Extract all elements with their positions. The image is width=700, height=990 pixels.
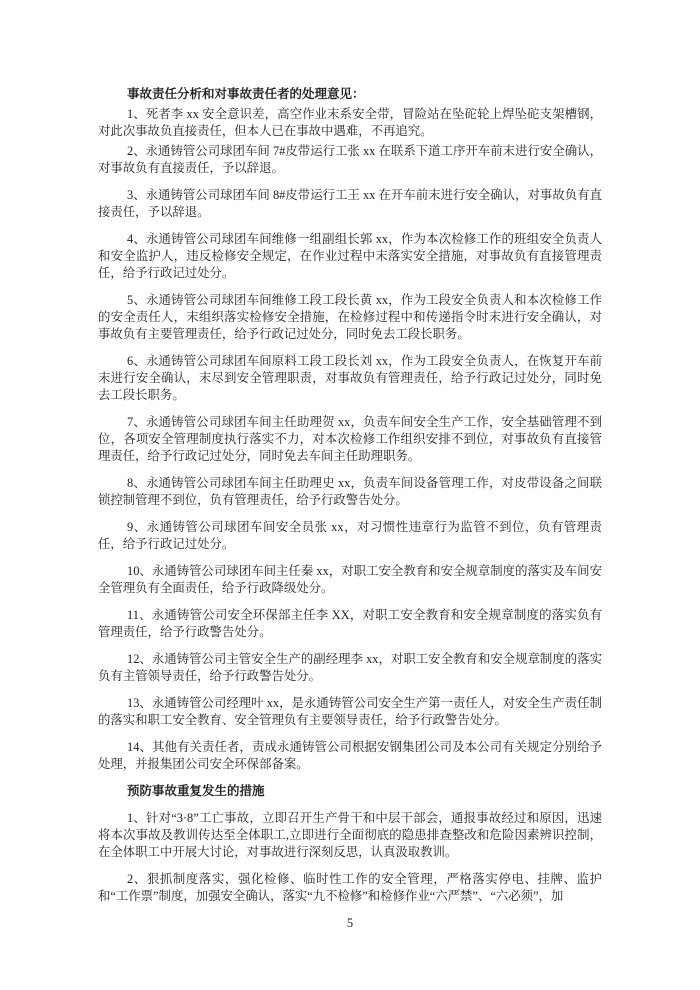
paragraph: 5、永通铸管公司球团车间维修工段工段长黄 xx，作为工段安全负责人和本次检修工作…: [98, 292, 602, 343]
paragraph: 2、狠抓制度落实，强化检修、临时性工作的安全管理，严格落实停电、挂牌、监护和“工…: [98, 871, 602, 905]
paragraph: 14、其他有关责任者，责成永通铸管公司根据安钢集团公司及本公司有关规定分别给予处…: [98, 739, 602, 773]
paragraph: 1、针对“3·8”工亡事故，立即召开生产骨干和中层干部会，通报事故经过和原因，迅…: [98, 810, 602, 861]
paragraph: 11、永通铸管公司安全环保部主任李 XX，对职工安全教育和安全规章制度的落实负有…: [98, 607, 602, 641]
paragraph: 12、永通铸管公司主管安全生产的副经理李 xx，对职工安全教育和安全规章制度的落…: [98, 651, 602, 685]
paragraph: 13、永通铸管公司经理叶 xx，是永通铸管公司安全生产第一责任人，对安全生产责任…: [98, 695, 602, 729]
paragraph: 8、永通铸管公司球团车间主任助理史 xx，负责车间设备管理工作，对皮带设备之间联…: [98, 475, 602, 509]
paragraph: 4、永通铸管公司球团车间维修一组副组长郭 xx，作为本次检修工作的班组安全负责人…: [98, 231, 602, 282]
paragraph: 9、永通铸管公司球团车间安全员张 xx，对习惯性违章行为监管不到位，负有管理责任…: [98, 519, 602, 553]
section2-heading: 预防事故重复发生的措施: [98, 783, 602, 800]
section1-heading: 事故责任分析和对事故责任者的处理意见：: [98, 86, 602, 103]
paragraph: 1、死者李 xx 安全意识差，高空作业末系安全带，冒险站在坠砣轮上焊坠砣支架槽钢…: [98, 106, 602, 140]
paragraph: 7、永通铸管公司球团车间主任助理贺 xx，负责车间安全生产工作，安全基础管理不到…: [98, 414, 602, 465]
page-number: 5: [0, 915, 700, 932]
paragraph: 3、永通铸管公司球团车间 8#皮带运行工王 xx 在开车前末进行安全确认，对事故…: [98, 187, 602, 221]
paragraph: 2、永通铸管公司球团车间 7#皮带运行工张 xx 在联系下道工序开车前末进行安全…: [98, 143, 602, 177]
paragraph: 6、永通铸管公司球团车间原料工段工段长刘 xx，作为工段安全负责人，在恢复开车前…: [98, 353, 602, 404]
document-content: 事故责任分析和对事故责任者的处理意见： 1、死者李 xx 安全意识差，高空作业末…: [98, 86, 602, 905]
paragraph: 10、永通铸管公司球团车间主任秦 xx，对职工安全教育和安全规章制度的落实及车间…: [98, 563, 602, 597]
document-page: 事故责任分析和对事故责任者的处理意见： 1、死者李 xx 安全意识差，高空作业末…: [0, 0, 700, 990]
